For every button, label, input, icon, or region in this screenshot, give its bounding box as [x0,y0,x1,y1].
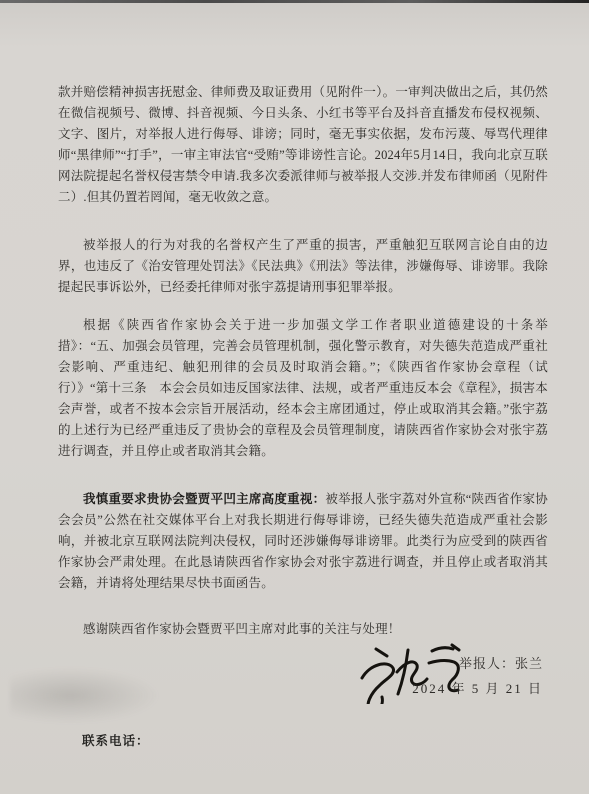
letter-body: 款并赔偿精神损害抚慰金、律师费及取证费用（见附件一）。一审判决做出之后，其仍然在… [58,82,548,640]
paragraph-thanks: 感谢陕西省作家协会暨贾平凹主席对此事的关注与处理！ [58,619,548,640]
demand-body: 被举报人张宇荔对外宣称“陕西省作家协会会员”公然在社交媒体平台上对我长期进行侮辱… [58,492,548,590]
paragraph-association-rules: 根据《陕西省作家协会关于进一步加强文学工作者职业道德建设的十条举措》：“五、加强… [58,315,548,462]
report-date: 2024 年 5 月 21 日 [412,677,543,701]
paragraph-continuation: 款并赔偿精神损害抚慰金、律师费及取证费用（见附件一）。一审判决做出之后，其仍然在… [58,82,548,208]
demand-bold-lead: 我慎重要求贵协会暨贾平凹主席高度重视： [83,492,325,506]
scan-smudge-artifact [10,668,160,723]
signature-block: 举报人：张兰 2024 年 5 月 21 日 [412,652,543,701]
reporter-name: 举报人：张兰 [412,652,543,676]
paragraph-demand: 我慎重要求贵协会暨贾平凹主席高度重视：被举报人张宇荔对外宣称“陕西省作家协会会员… [58,489,548,594]
contact-phone-label: 联系电话： [82,731,150,749]
scan-top-edge [0,0,589,3]
paragraph-legal-basis: 被举报人的行为对我的名誉权产生了严重的损害，严重触犯互联网言论自由的边界，也违反… [58,235,548,298]
